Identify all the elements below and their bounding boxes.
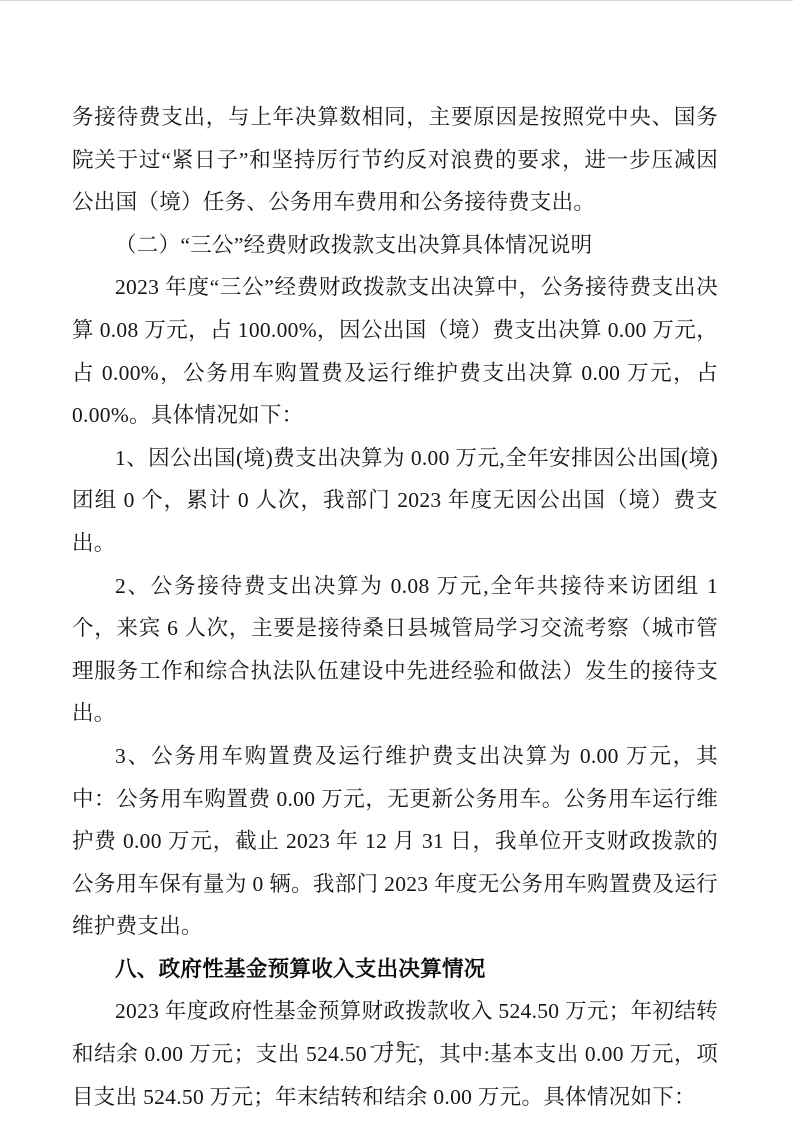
paragraph-carryover: 务接待费支出，与上年决算数相同，主要原因是按照党中央、国务院关于过“紧日子”和坚… bbox=[72, 96, 718, 224]
paragraph-three-public-summary: 2023 年度“三公”经费财政拨款支出决算中，公务接待费支出决算 0.08 万元… bbox=[72, 266, 718, 436]
paragraph-item-3-official-vehicles: 3、公务用车购置费及运行维护费支出决算为 0.00 万元，其中：公务用车购置费 … bbox=[72, 735, 718, 948]
document-body: 务接待费支出，与上年决算数相同，主要原因是按照党中央、国务院关于过“紧日子”和坚… bbox=[72, 96, 718, 1118]
paragraph-item-2-official-reception: 2、公务接待费支出决算为 0.08 万元,全年共接待来访团组 1 个，来宾 6 … bbox=[72, 565, 718, 735]
paragraph-item-1-overseas-travel: 1、因公出国(境)费支出决算为 0.00 万元,全年安排因公出国(境)团组 0 … bbox=[72, 437, 718, 565]
subsection-heading-two: （二）“三公”经费财政拨款支出决算具体情况说明 bbox=[72, 224, 718, 267]
section-heading-eight: 八、政府性基金预算收入支出决算情况 bbox=[72, 948, 718, 991]
document-page: 务接待费支出，与上年决算数相同，主要原因是按照党中央、国务院关于过“紧日子”和坚… bbox=[0, 0, 793, 1122]
page-number: - 19 - bbox=[0, 1038, 793, 1055]
